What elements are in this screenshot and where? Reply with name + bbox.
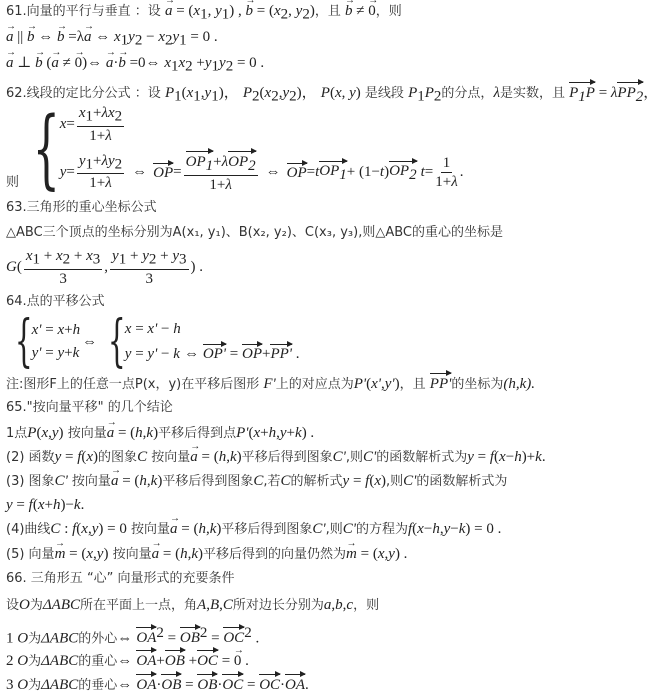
- vector-a: a: [165, 2, 173, 20]
- section-66-item-1: 1 O为ΔABC的外心⇔ OA2 = OB2 = OC2 .: [6, 624, 259, 648]
- section-65-item-3: (3) 图象C' 按向量a = (h,k)平移后得到图象C,若C的解析式y = …: [6, 472, 507, 491]
- section-63-formula: G( x1 + x2 + x33, y1 + y2 + y33) .: [6, 247, 203, 288]
- section-65-item-2: (2) 函数y = f(x)的图象C 按向量a = (h,k)平移后得到图象C'…: [6, 448, 546, 467]
- text-then: 则: [6, 171, 19, 190]
- note-prefix: 注:图形F上的任意一点P(x，y)在平移后图形: [6, 377, 259, 392]
- section-65-item-4: (4)曲线C : f(x,y) = 0 按向量a = (h,k)平移后得到图象C…: [6, 520, 501, 539]
- section-65-item-1: 1点P(x,y) 按向量a = (h,k)平移后得到点P'(x+h,y+k) .: [6, 424, 314, 443]
- text-segment: 是线段: [365, 86, 404, 101]
- section-66-intro: 设O为ΔABC所在平面上一点，角A,B,C所对边长分别为a,b,c，则: [6, 596, 379, 615]
- item-label: (2) 函数: [6, 450, 55, 465]
- note-end: (h,k).: [503, 376, 535, 392]
- section-61-perpendicular: a ⊥ b (a ≠ 0)⇔ a·b =0⇔ x1x2 +y1y2 = 0 .: [6, 54, 264, 76]
- section-62-heading-line: 62.线段的定比分公式 ：设 P1(x1,y1)， P2(x2,y2)， P(x…: [6, 82, 658, 106]
- section-63-heading: 63.三角形的重心坐标公式: [6, 199, 157, 217]
- section-65-heading: 65."按向量平移" 的几个结论: [6, 399, 173, 417]
- text-real: 是实数，且: [500, 86, 565, 101]
- section-65-item-3-cont: y = f(x+h)−k.: [6, 496, 84, 515]
- section-64-note: 注:图形F上的任意一点P(x，y)在平移后图形 F'上的对应点为P'(x',y'…: [6, 373, 535, 394]
- section-63-text: △ABC三个顶点的坐标分别为A(x₁, y₁)、B(x₂, y₂)、C(x₃, …: [6, 224, 503, 242]
- text-and: ，且: [315, 4, 341, 19]
- section-66-heading: 66. 三角形五 “心” 向量形式的充要条件: [6, 570, 235, 588]
- note-mid3: 的坐标为: [451, 377, 503, 392]
- section-61-heading: 61.向量的平行与垂直 ：设: [6, 4, 161, 19]
- item-label: (4)曲线: [6, 522, 50, 537]
- text-division-point: 的分点，: [441, 86, 493, 101]
- section-66-item-3: 3 O为ΔABC的垂心⇔ OA·OB = OB·OC = OC·OA.: [6, 674, 309, 691]
- text-then: ，则: [376, 4, 402, 19]
- vector-b: b: [246, 2, 254, 20]
- note-mid2: ，且: [400, 377, 426, 392]
- section-62-heading: 62.线段的定比分公式 ：设: [6, 86, 161, 101]
- note-mid1: 上的对应点为: [276, 377, 354, 392]
- section-65-item-5: (5) 向量m = (x,y) 按向量a = (h,k)平移后得到的向量仍然为m…: [6, 545, 407, 564]
- item-label: (3) 图象: [6, 474, 55, 489]
- section-64-formula: { x' = x+h y' = y+k ⇔ { x = x' − h y = y…: [6, 314, 300, 370]
- item-label: (5) 向量: [6, 547, 55, 562]
- section-62-formula: 则 { x= x1+λx21+λ y= y1+λy21+λ ⇔ OP= OP1+…: [6, 104, 463, 194]
- section-66-item-2: 2 O为ΔABC的重心⇔ OA+OB +OC = 0 .: [6, 650, 249, 671]
- item-label: 1点: [6, 426, 27, 441]
